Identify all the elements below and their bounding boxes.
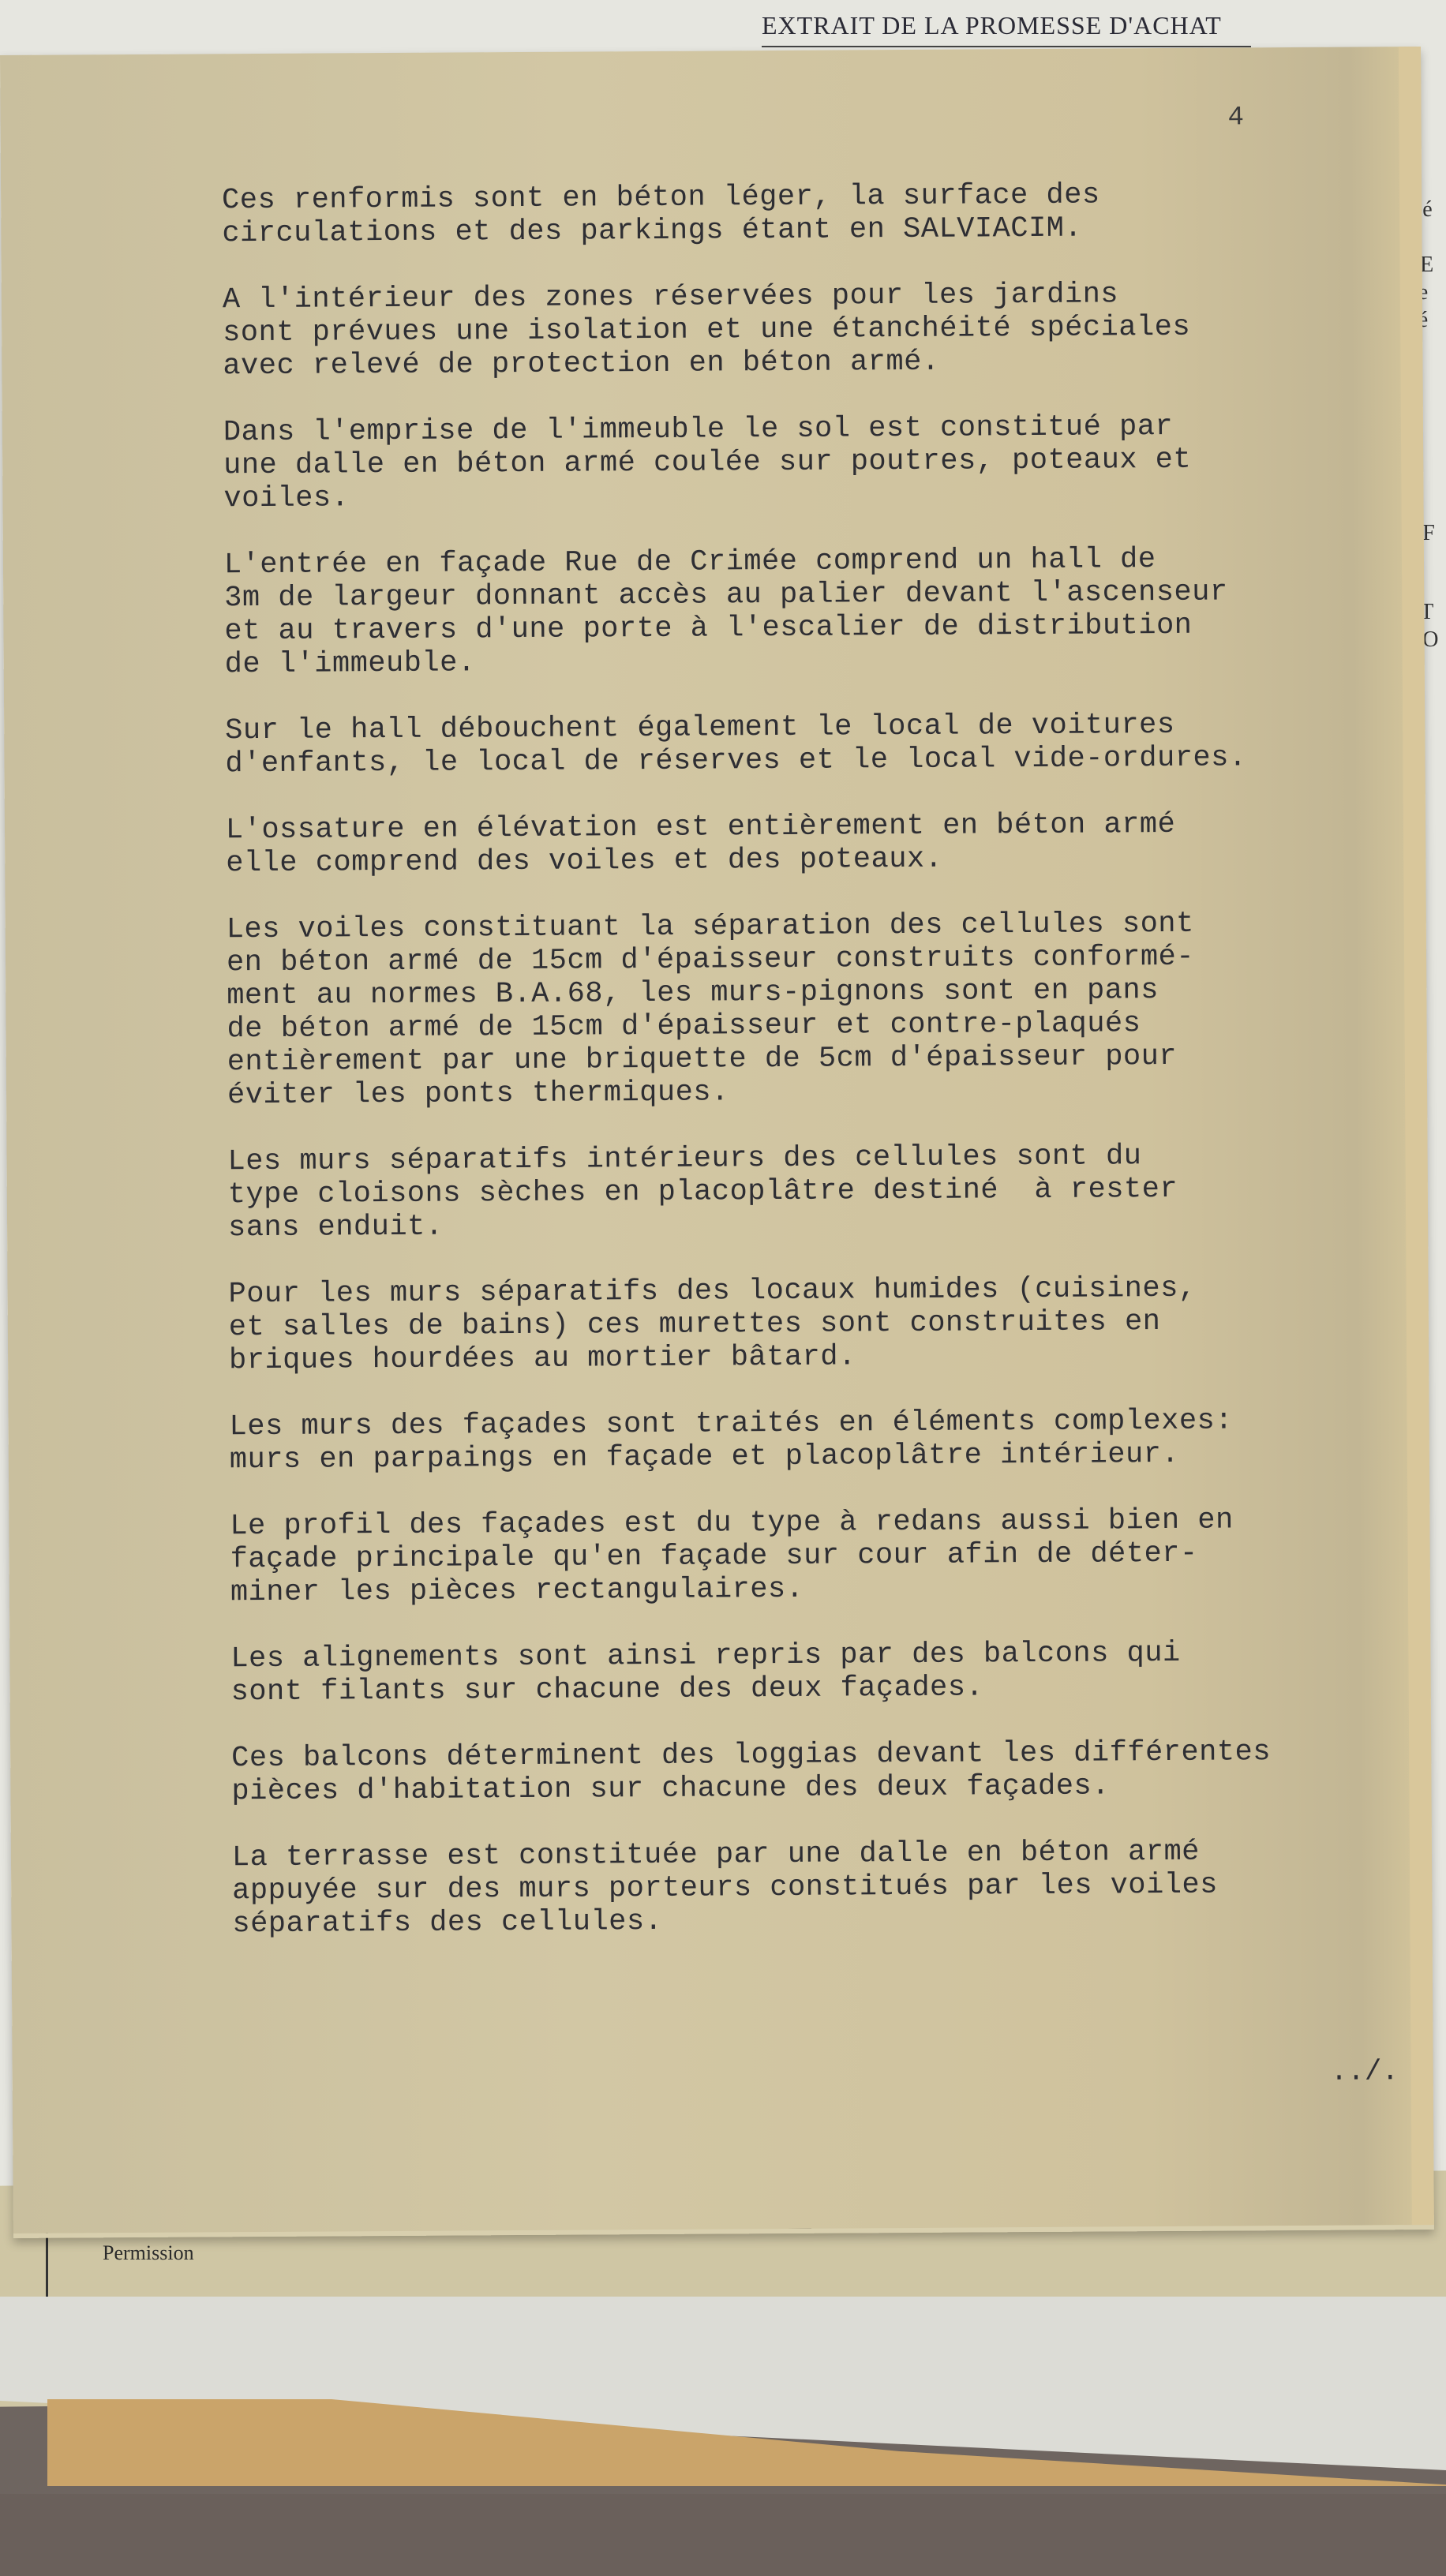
background-header-title: EXTRAIT DE LA PROMESSE D'ACHAT: [762, 11, 1222, 40]
paragraph: Les murs séparatifs intérieurs des cellu…: [227, 1138, 1412, 1245]
text-line: briques hourdées au mortier bâtard.: [229, 1337, 1413, 1377]
paragraph: Les voiles constituant la séparation des…: [227, 906, 1412, 1112]
page-body: Ces renformis sont en béton léger, la su…: [222, 177, 1417, 1974]
continuation-mark: ../.: [1331, 2055, 1399, 2088]
text-line: elle comprend des voiles et des poteaux.: [226, 840, 1410, 880]
text-line: éviter les ponts thermiques.: [227, 1072, 1411, 1112]
text-line: avec relevé de protection en béton armé.: [223, 343, 1407, 383]
form-label-permission: Permission: [103, 2241, 194, 2265]
paragraph: Les murs des façades sont traités en élé…: [229, 1403, 1413, 1477]
typewritten-page: 4 Ces renformis sont en béton léger, la …: [0, 47, 1434, 2238]
text-line: miner les pièces rectangulaires.: [230, 1569, 1414, 1609]
text-line: sans enduit.: [228, 1204, 1412, 1245]
paragraph: L'entrée en façade Rue de Crimée compren…: [224, 541, 1409, 681]
text-line: sont filants sur chacune des deux façade…: [231, 1668, 1415, 1709]
text-line: pièces d'habitation sur chacune des deux…: [231, 1768, 1415, 1808]
paragraph: Pour les murs séparatifs des locaux humi…: [228, 1271, 1413, 1377]
text-line: d'enfants, le local de réserves et le lo…: [225, 740, 1409, 781]
paragraph: A l'intérieur des zones réservées pour l…: [223, 276, 1407, 383]
text-line: murs en parpaings en façade et placoplât…: [230, 1436, 1414, 1477]
paragraph: Sur le hall débouchent également le loca…: [225, 707, 1409, 781]
text-line: séparatifs des cellules.: [232, 1900, 1416, 1941]
paragraph: Dans l'emprise de l'immeuble le sol est …: [223, 409, 1408, 515]
page-number: 4: [1227, 103, 1244, 133]
paragraph: La terrasse est constituée par une dalle…: [232, 1834, 1417, 1941]
paragraph: Les alignements sont ainsi repris par de…: [230, 1635, 1414, 1709]
paragraph: Ces renformis sont en béton léger, la su…: [222, 177, 1406, 250]
desk-surface: [0, 2494, 1446, 2576]
paragraph: L'ossature en élévation est entièrement …: [226, 807, 1410, 880]
text-line: circulations et des parkings étant en SA…: [222, 210, 1406, 250]
text-line: de l'immeuble.: [225, 641, 1409, 681]
header-underline: [762, 46, 1251, 47]
paragraph: Le profil des façades est du type à reda…: [230, 1503, 1414, 1609]
paragraph: Ces balcons déterminent des loggias deva…: [231, 1735, 1415, 1808]
